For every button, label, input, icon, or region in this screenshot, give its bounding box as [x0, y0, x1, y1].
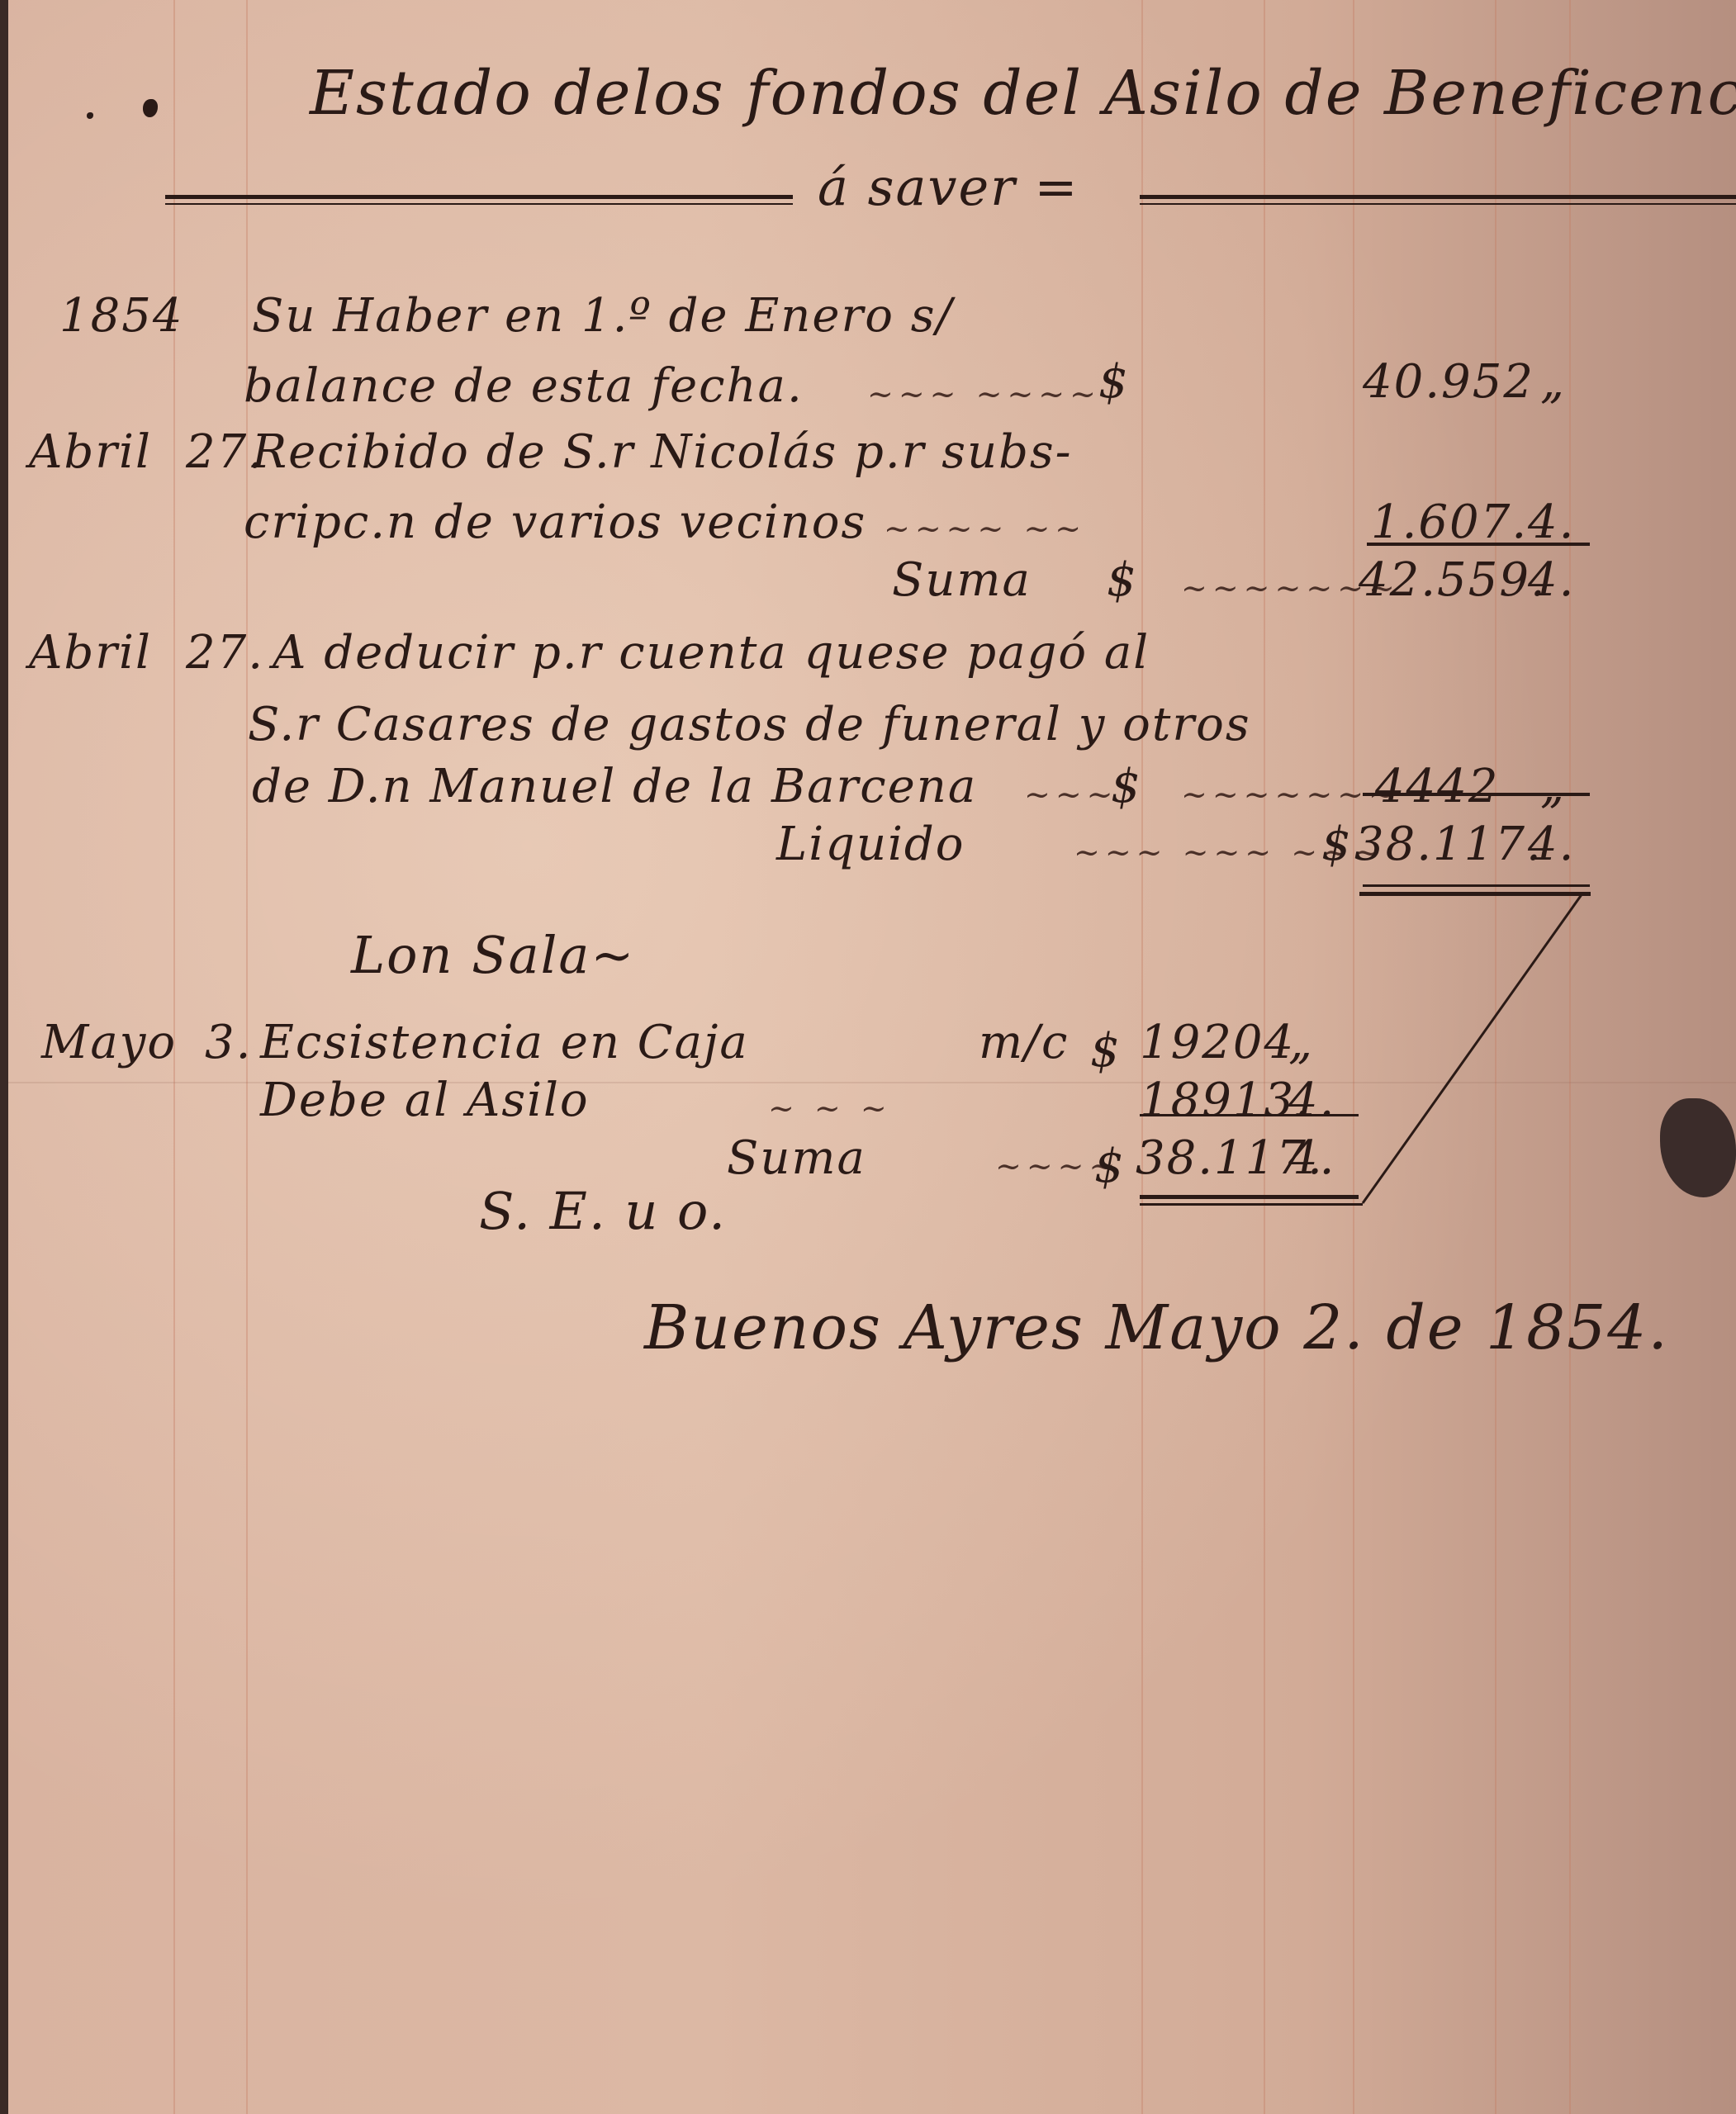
- document-paper: Estado delos fondos del Asilo de Benefic…: [8, 0, 1736, 2114]
- cross-reference-line: [8, 0, 1736, 2114]
